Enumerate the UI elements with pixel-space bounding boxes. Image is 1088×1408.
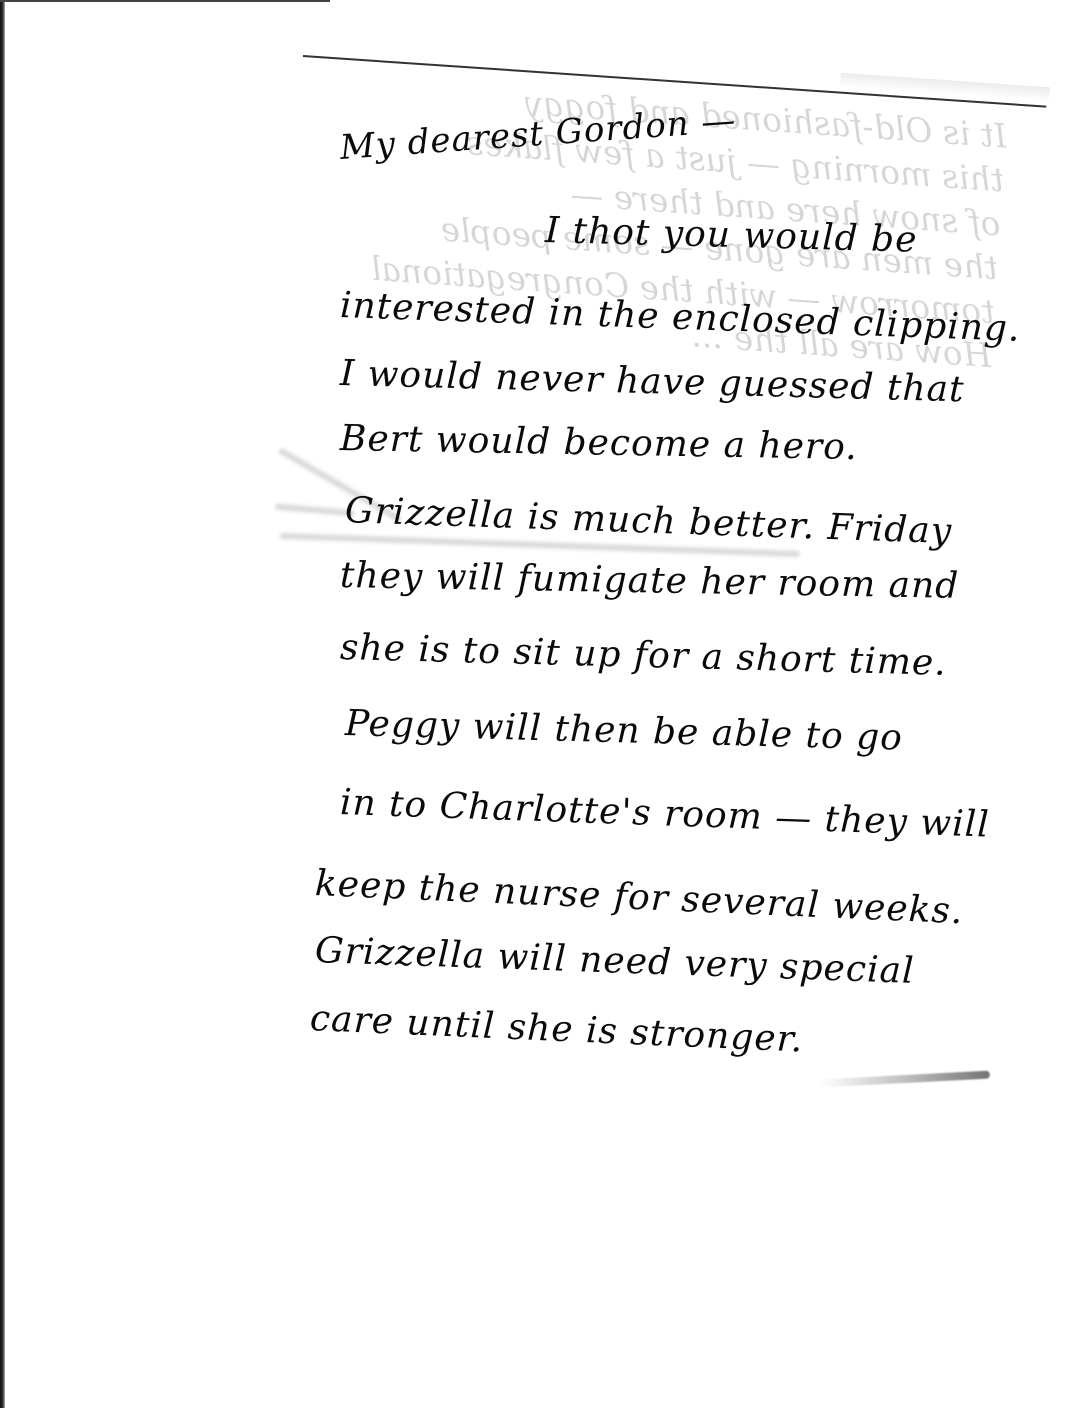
scanned-page: It is Old-fashioned and foggy this morni…: [0, 0, 1088, 1408]
letter-line: I would never have guessed that: [339, 353, 965, 410]
letter-line: Grizzella will need very special: [314, 930, 915, 992]
letter-line: they will fumigate her room and: [340, 555, 960, 607]
letter-salutation: My dearest Gordon —: [339, 100, 738, 168]
letter-line: Grizzella is much better. Friday: [344, 490, 953, 552]
letter-line: Bert would become a hero.: [340, 418, 858, 468]
letter-line: interested in the enclosed clipping.: [339, 285, 1021, 350]
letter-line: in to Charlotte's room — they will: [339, 782, 990, 846]
letter-line: care until she is stronger.: [309, 998, 804, 1061]
letter-line: Peggy will then be able to go: [344, 703, 903, 759]
letter-line: I thot you would be: [544, 210, 918, 261]
letter-line: she is to sit up for a short time.: [339, 627, 947, 684]
letter-body: My dearest Gordon — I thot you would be …: [0, 0, 1088, 1408]
letter-line: keep the nurse for several weeks.: [314, 863, 964, 932]
